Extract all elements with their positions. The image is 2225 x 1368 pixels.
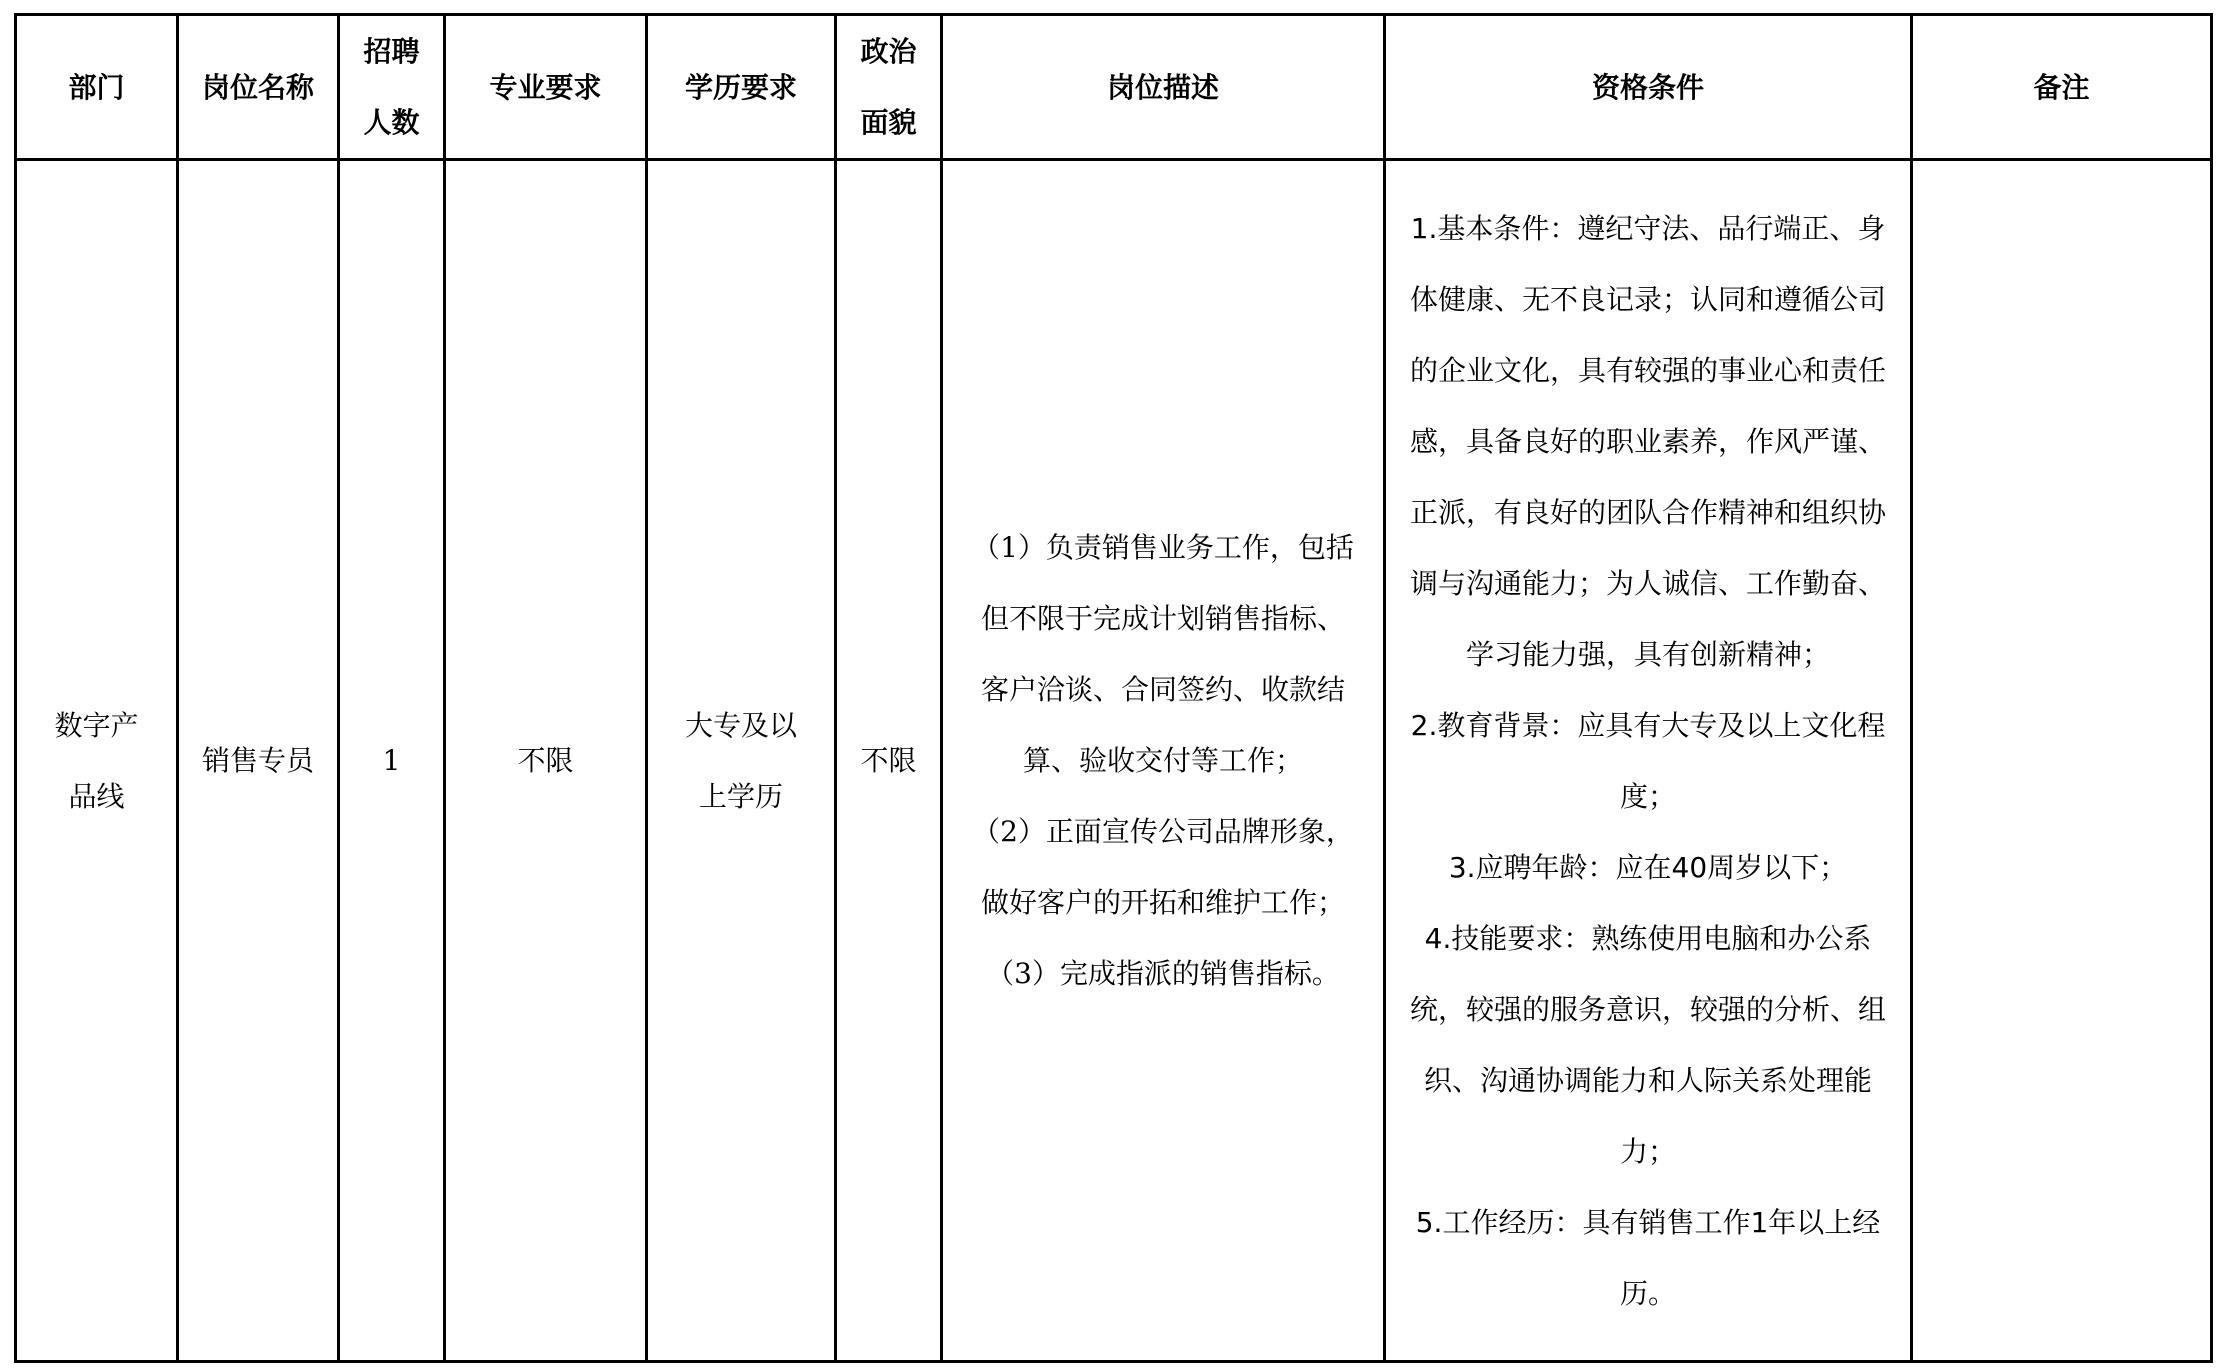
cell-qualifications: 1.基本条件：遵纪守法、品行端正、身体健康、无不良记录；认同和遵循公司的企业文化…: [1385, 160, 1912, 1362]
header-description: 岗位描述: [942, 15, 1385, 160]
header-row: 部门 岗位名称 招聘 人数 专业要求 学历要求 政治 面貌 岗位描述 资格条件 …: [16, 15, 2212, 160]
cell-remarks: [1912, 160, 2212, 1362]
header-department: 部门: [16, 15, 178, 160]
header-label-line-2: 面貌: [837, 87, 940, 158]
header-education: 学历要求: [647, 15, 836, 160]
cell-education: 大专及以上学历: [647, 160, 836, 1362]
header-label: 岗位名称: [202, 71, 314, 104]
header-major: 专业要求: [445, 15, 647, 160]
qualification-item-3: 3.应聘年龄：应在40周岁以下；: [1404, 832, 1892, 903]
qualification-item-5: 5.工作经历：具有销售工作1年以上经历。: [1404, 1187, 1892, 1329]
qualification-item-2: 2.教育背景：应具有大专及以上文化程度；: [1404, 690, 1892, 832]
header-label: 学历要求: [685, 71, 797, 104]
header-label: 专业要求: [489, 71, 601, 104]
description-item-1: （1）负责销售业务工作，包括但不限于完成计划销售指标、客户洽谈、合同签约、收款结…: [969, 512, 1357, 796]
cell-department: 数字产品线: [16, 160, 178, 1362]
header-label: 岗位描述: [1107, 71, 1219, 104]
qualification-item-4: 4.技能要求：熟练使用电脑和办公系统，较强的服务意识，较强的分析、组织、沟通协调…: [1404, 903, 1892, 1187]
qualification-item-1: 1.基本条件：遵纪守法、品行端正、身体健康、无不良记录；认同和遵循公司的企业文化…: [1404, 193, 1892, 690]
header-label-line-2: 人数: [340, 87, 443, 158]
cell-description: （1）负责销售业务工作，包括但不限于完成计划销售指标、客户洽谈、合同签约、收款结…: [942, 160, 1385, 1362]
cell-headcount: 1: [339, 160, 445, 1362]
header-label-line-1: 政治: [837, 16, 940, 87]
header-remarks: 备注: [1912, 15, 2212, 160]
job-posting-table: 部门 岗位名称 招聘 人数 专业要求 学历要求 政治 面貌 岗位描述 资格条件 …: [14, 13, 2213, 1363]
cell-major: 不限: [445, 160, 647, 1362]
header-headcount: 招聘 人数: [339, 15, 445, 160]
description-item-3: （3）完成指派的销售指标。: [969, 938, 1357, 1009]
table-row: 数字产品线 销售专员 1 不限 大专及以上学历 不限 （1）负责销售业务工作，包…: [16, 160, 2212, 1362]
header-position: 岗位名称: [178, 15, 339, 160]
header-label: 资格条件: [1592, 71, 1704, 104]
header-label: 部门: [68, 71, 124, 104]
cell-political-status: 不限: [836, 160, 942, 1362]
cell-position: 销售专员: [178, 160, 339, 1362]
header-qualifications: 资格条件: [1385, 15, 1912, 160]
header-political-status: 政治 面貌: [836, 15, 942, 160]
header-label-line-1: 招聘: [340, 16, 443, 87]
description-item-2: （2）正面宣传公司品牌形象，做好客户的开拓和维护工作；: [969, 796, 1357, 938]
header-label: 备注: [2033, 71, 2089, 104]
